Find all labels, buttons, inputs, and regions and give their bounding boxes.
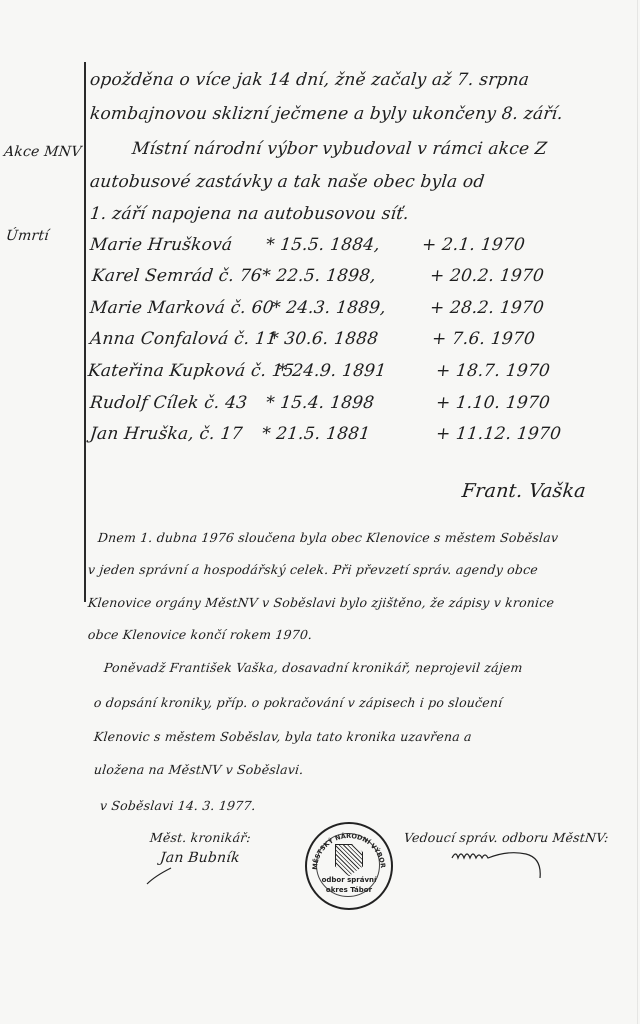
official-stamp: MĚSTSKÝ NÁRODNÍ VÝBOR V SOBĚSLAVI odbor … [305,822,393,910]
death-name: Karel Semrád č. 76 [91,266,263,286]
page-edge [637,0,638,1024]
death-date: + 11.12. 1970 [435,424,562,444]
death-name: Anna Confalová č. 11 [89,329,278,349]
stamp-line-2: okres Tábor [307,886,391,894]
death-birth: * 24.9. 1891 [277,361,387,381]
death-date: + 7.6. 1970 [431,329,536,349]
closing-line-1: Poněvadž František Vaška, dosavadní kron… [103,660,523,675]
death-birth: * 24.3. 1889, [271,298,387,318]
place-date: v Soběslavi 14. 3. 1977. [99,798,256,813]
closing-line-3: Klenovic s městem Soběslav, byla tato kr… [93,729,472,744]
intro-line-5: 1. září napojena na autobusovou síť. [89,204,410,224]
margin-rule [84,62,86,602]
stamp-line-1: odbor správní [307,876,391,884]
death-birth: * 22.5. 1898, [261,266,377,286]
death-name: Marie Marková č. 60 [89,298,275,318]
signoff-left-title: Měst. kronikář: [149,830,251,845]
death-date: + 2.1. 1970 [421,235,526,255]
intro-line-3: Místní národní výbor vybudoval v rámci a… [131,139,548,159]
merger-line-4: obce Klenovice končí rokem 1970. [87,627,313,642]
intro-line-4: autobusové zastávky a tak naše obec byla… [89,172,486,192]
signature-scrawl-right [448,846,548,882]
death-date: + 18.7. 1970 [435,361,551,381]
death-name: Marie Hrušková [89,235,233,255]
death-birth: * 15.4. 1898 [265,393,375,413]
death-birth: * 30.6. 1888 [269,329,379,349]
signature-vaska: Frant. Vaška [461,480,587,502]
margin-note-umrti: Úmrtí [5,228,50,244]
merger-line-1: Dnem 1. dubna 1976 sloučena byla obec Kl… [97,530,559,545]
merger-line-3: Klenovice orgány MěstNV v Soběslavi bylo… [87,595,555,610]
merger-line-2: v jeden správní a hospodářský celek. Při… [87,562,539,577]
death-date: + 1.10. 1970 [435,393,551,413]
death-birth: * 21.5. 1881 [261,424,371,444]
signature-flourish [145,866,175,886]
closing-line-4: uložena na MěstNV v Soběslavi. [93,762,304,777]
death-birth: * 15.5. 1884, [265,235,381,255]
signoff-right-title: Vedoucí správ. odboru MěstNV: [403,830,609,845]
signoff-left-name: Jan Bubník [159,850,240,866]
death-date: + 20.2. 1970 [429,266,545,286]
intro-line-1: opožděna o více jak 14 dní, žně začaly a… [89,70,530,90]
death-name: Rudolf Cílek č. 43 [89,393,248,413]
death-date: + 28.2. 1970 [429,298,545,318]
intro-line-2: kombajnovou sklizní ječmene a byly ukonč… [89,104,564,124]
death-name: Jan Hruška, č. 17 [89,424,244,444]
closing-line-2: o dopsání kroniky, příp. o pokračování v… [93,695,503,710]
document-page: Akce MNV Úmrtí opožděna o více jak 14 dn… [0,0,640,1024]
margin-note-akce-mnv: Akce MNV [3,144,82,160]
death-name: Kateřina Kupková č. 15 [87,361,295,381]
